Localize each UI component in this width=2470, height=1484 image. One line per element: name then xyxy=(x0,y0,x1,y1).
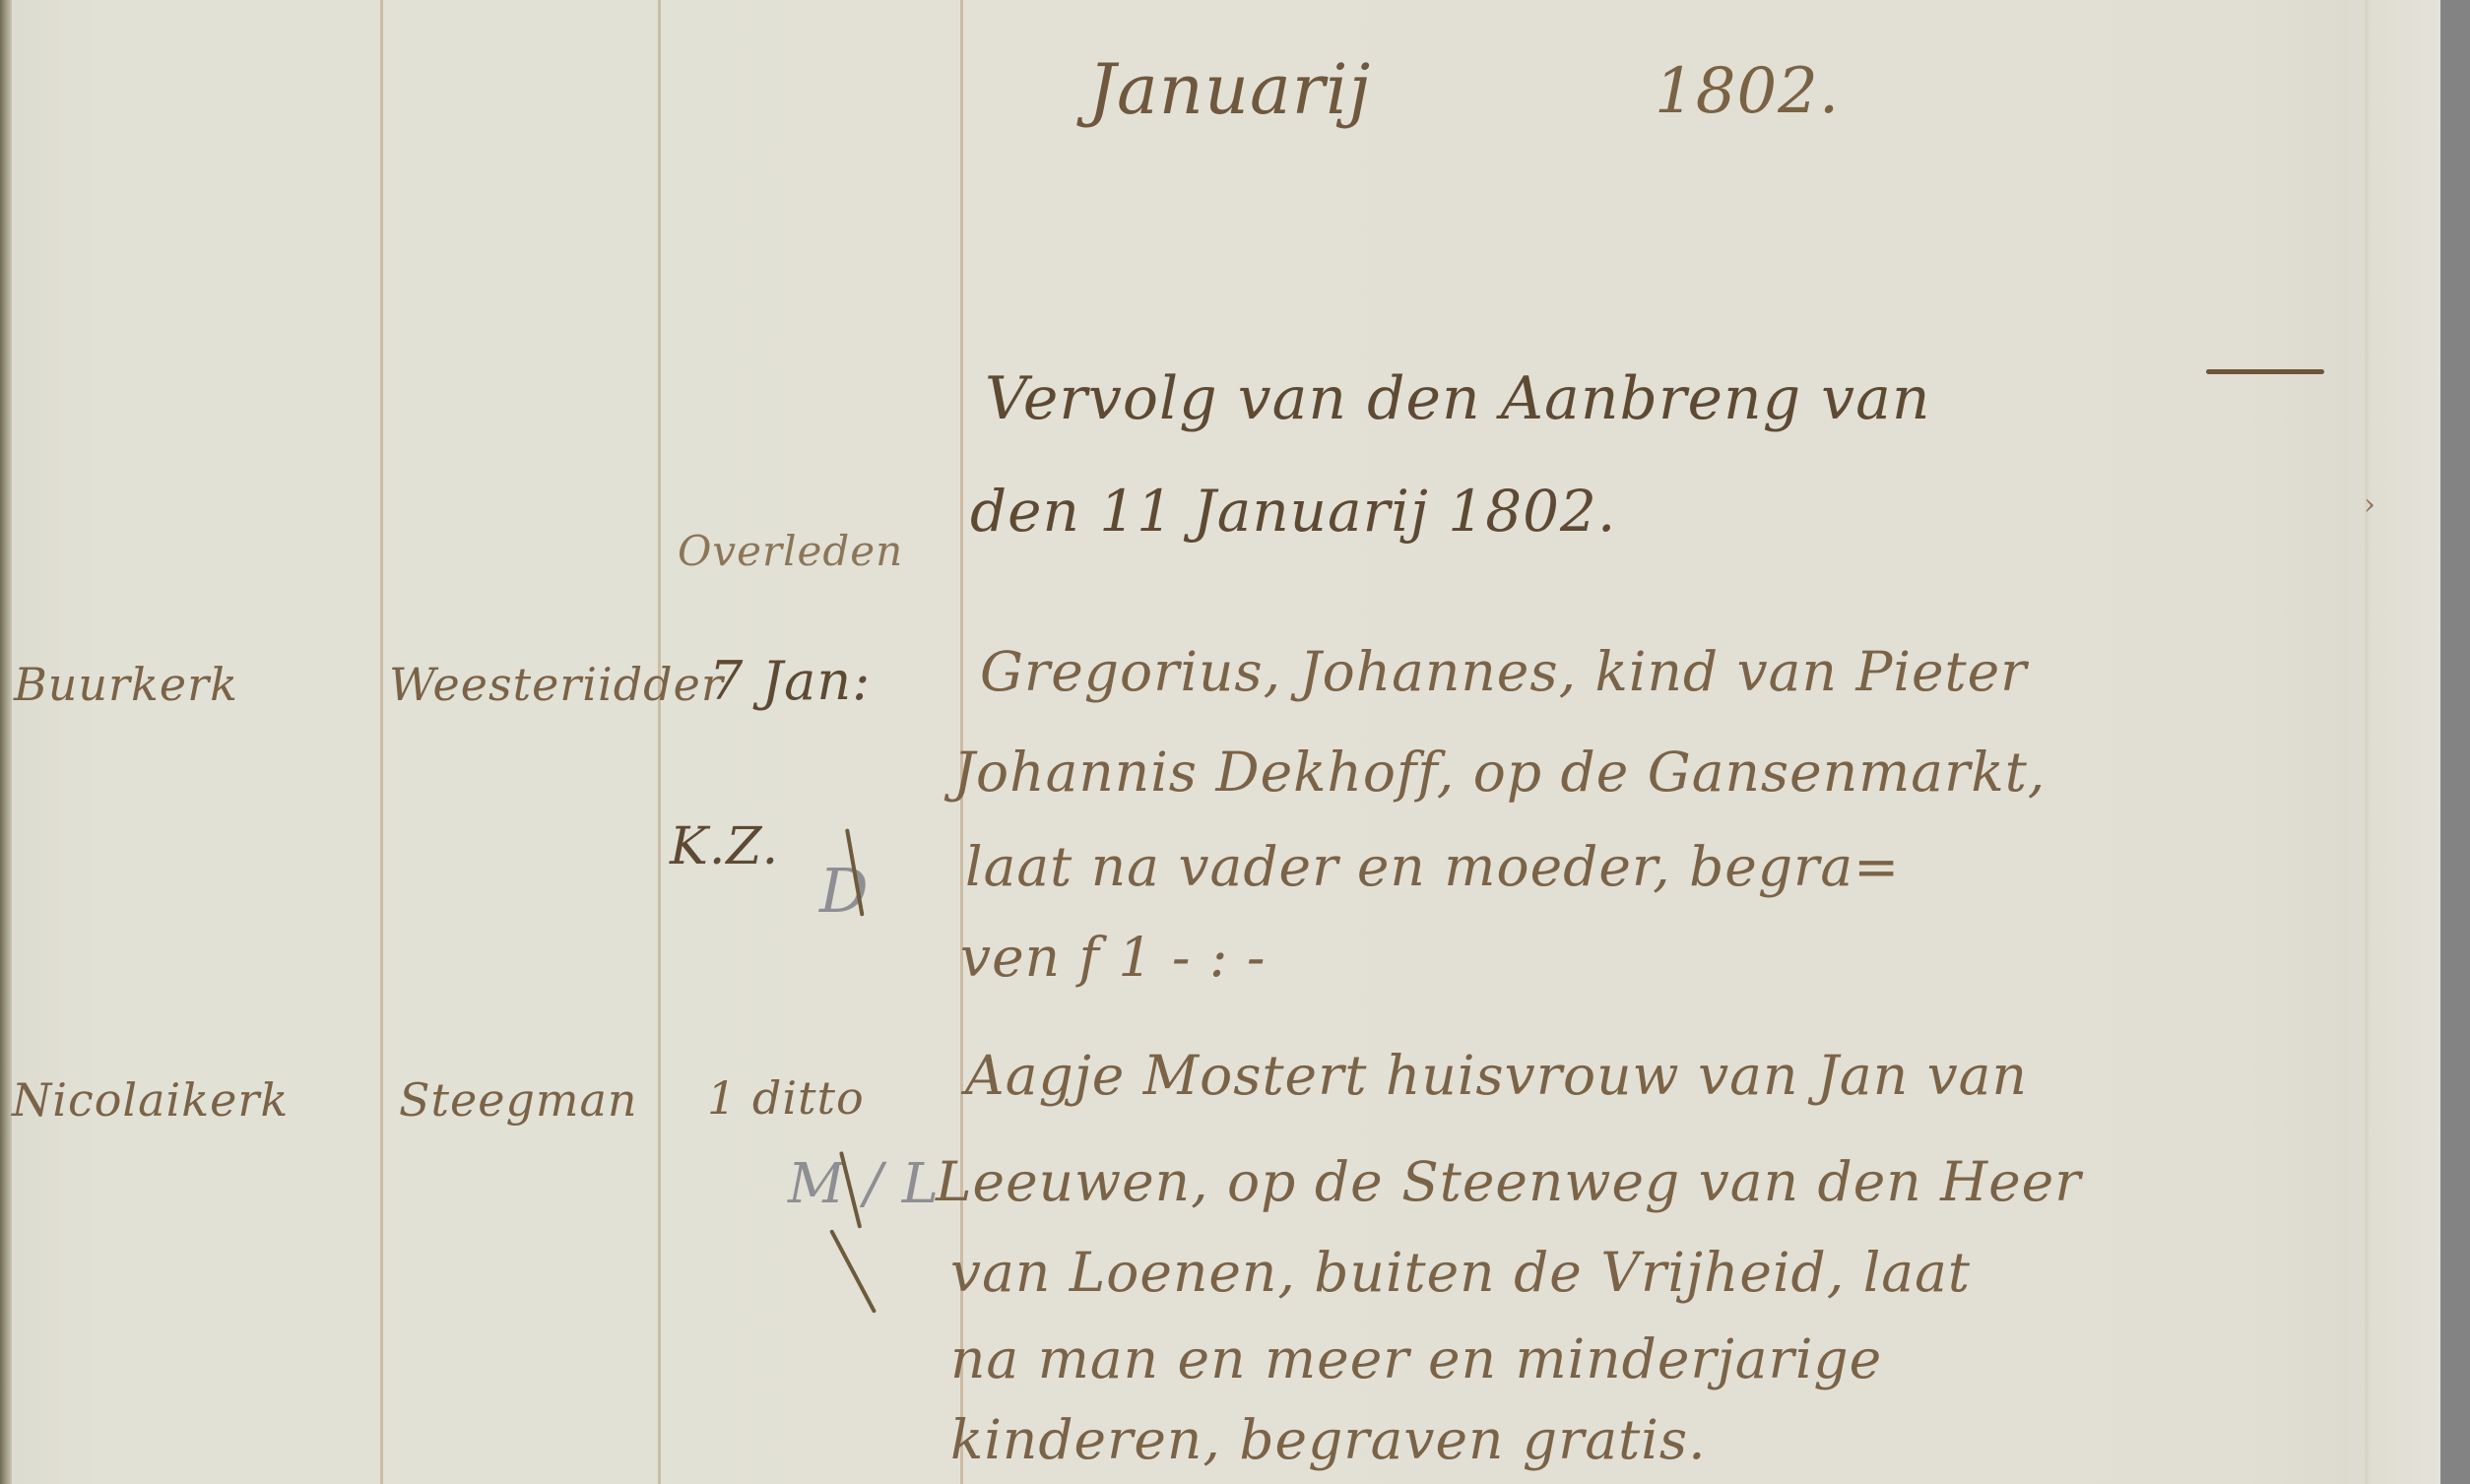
entry-text-line: laat na vader en moeder, begra= xyxy=(965,835,1900,898)
entry-text-line: Johannis Dekhoff, op de Gansenmarkt, xyxy=(953,741,2046,804)
entry-date: 1 ditto xyxy=(707,1071,865,1125)
entry-text-line: van Loenen, buiten de Vrijheid, laat xyxy=(950,1241,1971,1304)
entry-pencil-mark: M / L xyxy=(788,1152,940,1216)
register-page: Januarij 1802. Vervolg van den Aanbreng … xyxy=(0,0,2440,1484)
column-rule-1 xyxy=(380,0,383,1484)
entry-section: Weesteriidder xyxy=(389,658,724,711)
entry-text-line: na man en meer en minderjarige xyxy=(950,1327,1882,1390)
entry-date: 7 Jan: xyxy=(709,650,871,712)
entry-text-line: Aagje Mostert huisvrouw van Jan van xyxy=(965,1044,2028,1107)
entry-text-line: Leeuwen, op de Steenweg van den Heer xyxy=(936,1150,2082,1213)
entry-church: Buurkerk xyxy=(14,658,238,711)
header-year: 1802. xyxy=(1655,55,1840,128)
intro-line-2: den 11 Januarij 1802. xyxy=(970,478,1616,545)
entry-note: K.Z. xyxy=(670,817,779,876)
entry-text-line: ven f 1 - : - xyxy=(960,926,1267,989)
intro-line-1: Vervolg van den Aanbreng van xyxy=(985,364,1931,433)
entry-section: Steegman xyxy=(399,1073,638,1127)
column-label-overleden: Overleden xyxy=(678,527,903,575)
column-rule-2 xyxy=(658,0,661,1484)
strike-through-stroke xyxy=(829,1229,877,1314)
line-filler-dash xyxy=(2206,369,2324,374)
page-fold-line xyxy=(2364,0,2370,1484)
entry-text-line: Gregorius, Johannes, kind van Pieter xyxy=(980,640,2027,703)
margin-mark: › xyxy=(2364,487,2376,522)
entry-text-line: kinderen, begraven gratis. xyxy=(950,1408,1707,1471)
book-binding-edge xyxy=(0,0,12,1484)
header-month: Januarij xyxy=(1088,49,1371,130)
entry-church: Nicolaikerk xyxy=(12,1073,289,1127)
